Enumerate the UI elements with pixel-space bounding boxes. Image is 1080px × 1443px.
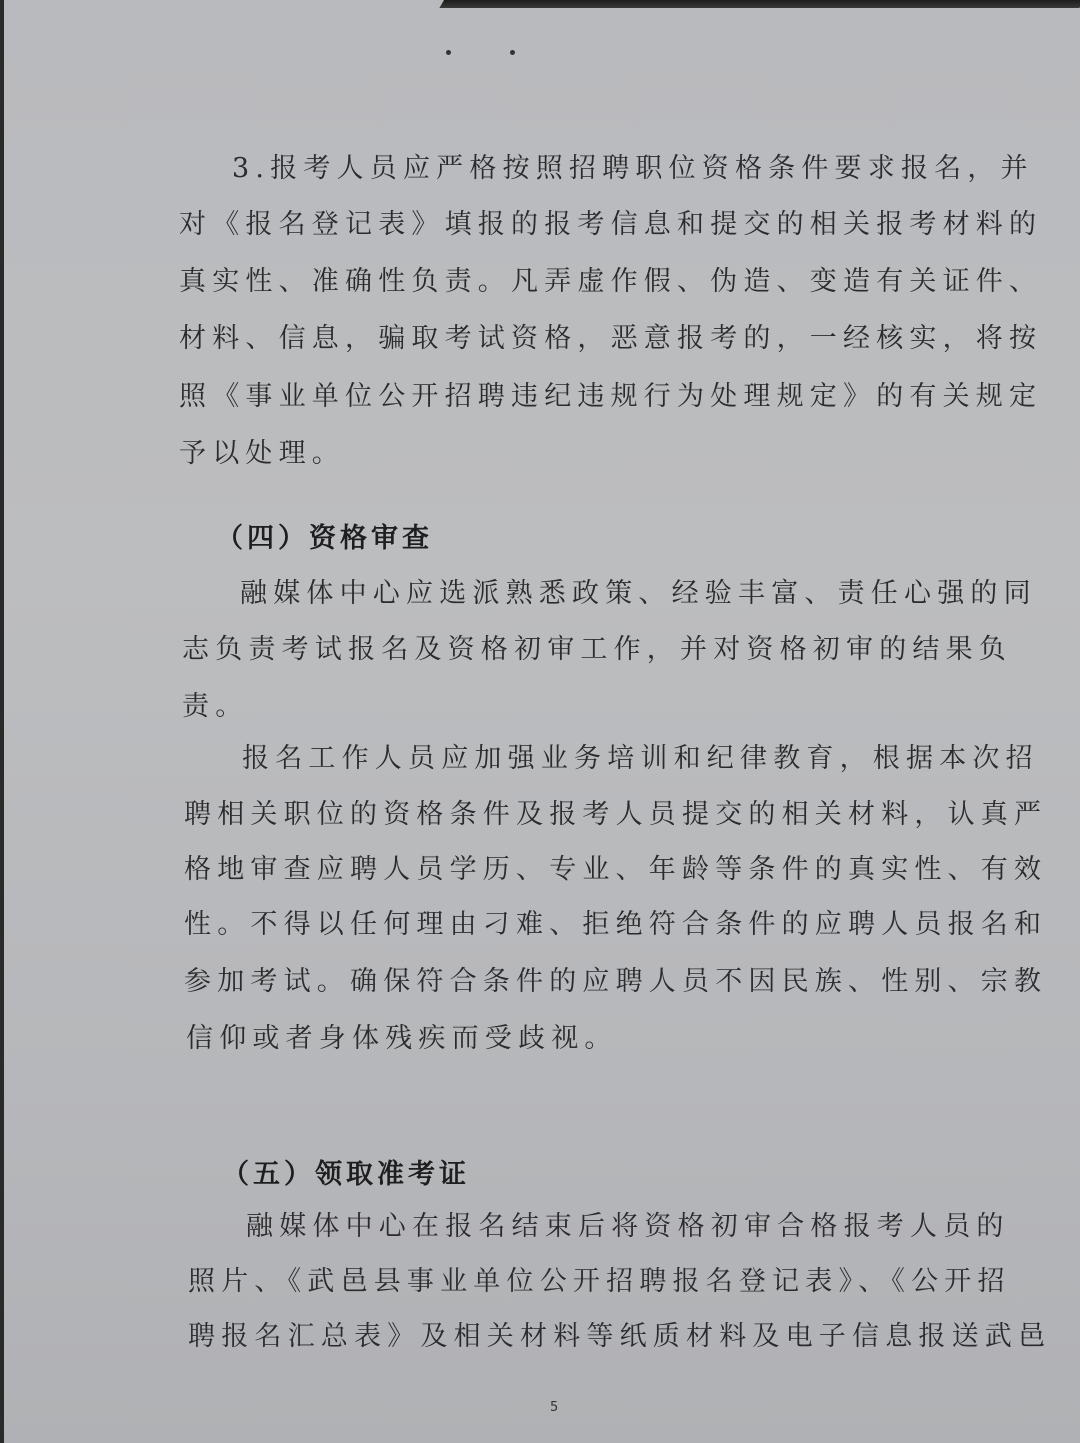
text-line: 照片、《武邑县事业单位公开招聘报名登记表》、《公开招 xyxy=(188,1265,933,1299)
text-line: 格地审查应聘人员学历、专业、年龄等条件的真实性、有效 xyxy=(184,853,929,887)
text-line: 报名工作人员应加强业务培训和纪律教育，根据本次招 xyxy=(242,742,987,776)
text-line: 聘相关职位的资格条件及报考人员提交的相关材料，认真严 xyxy=(184,798,929,832)
text-line: 3.报考人员应严格按照招聘职位资格条件要求报名，并 xyxy=(232,152,977,186)
text-line: 信仰或者身体残疾而受歧视。 xyxy=(186,1022,931,1056)
section-heading-qualification-review: （四）资格审查 xyxy=(216,522,961,556)
text-line: 融媒体中心应选派熟悉政策、经验丰富、责任心强的同 xyxy=(240,577,985,611)
staple-hole xyxy=(510,50,515,55)
text-line: 性。不得以任何理由刁难、拒绝符合条件的应聘人员报名和 xyxy=(184,908,929,942)
text-line: 真实性、准确性负责。凡弄虚作假、伪造、变造有关证件、 xyxy=(179,265,924,299)
text-line: 聘报名汇总表》及相关材料等纸质材料及电子信息报送武邑 xyxy=(188,1320,933,1354)
text-line: 予以处理。 xyxy=(179,437,924,471)
text-line: 材料、信息，骗取考试资格，恶意报考的，一经核实，将按 xyxy=(179,322,924,356)
text-line: 责。 xyxy=(182,690,927,724)
document-page: 3.报考人员应严格按照招聘职位资格条件要求报名，并 对《报名登记表》填报的报考信… xyxy=(4,0,1080,1443)
text-line: 照《事业单位公开招聘违纪违规行为处理规定》的有关规定 xyxy=(179,380,924,414)
page-number: 5 xyxy=(550,1400,558,1415)
page-edge-shadow xyxy=(439,0,1080,8)
text-line: 对《报名登记表》填报的报考信息和提交的相关报考材料的 xyxy=(179,208,924,242)
staple-hole xyxy=(446,50,451,55)
text-line: 参加考试。确保符合条件的应聘人员不因民族、性别、宗教 xyxy=(184,965,929,999)
text-line: 志负责考试报名及资格初审工作，并对资格初审的结果负 xyxy=(182,633,927,667)
section-heading-admission-ticket: （五）领取准考证 xyxy=(222,1158,967,1192)
text-line: 融媒体中心在报名结束后将资格初审合格报考人员的 xyxy=(246,1210,991,1244)
